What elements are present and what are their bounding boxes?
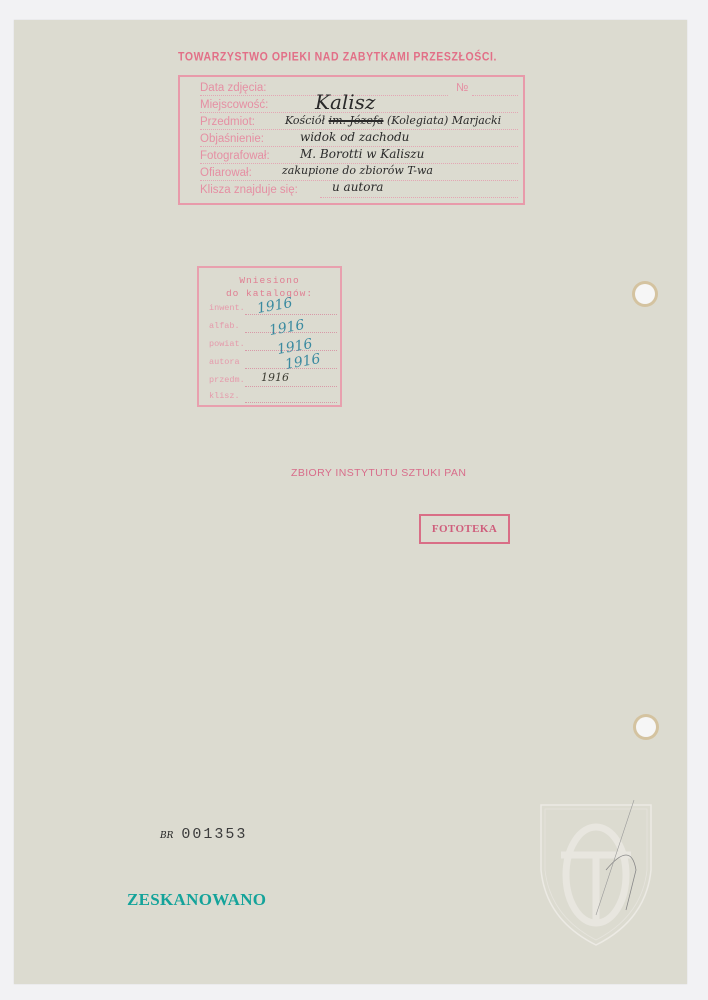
punch-hole-top xyxy=(635,284,655,304)
inventory-prefix: BR xyxy=(160,831,173,841)
photo-record-form: Data zdjęcia: № Miejscowość: Kalisz Prze… xyxy=(178,75,525,205)
catalog-entry-stamp: Wniesiono do katalogów: inwent. alfab. p… xyxy=(197,266,342,407)
subject-value-prefix: Kościół xyxy=(285,114,325,127)
plate-location-label: Klisza znajduje się: xyxy=(200,184,298,196)
fototeka-stamp: FOTOTEKA xyxy=(419,514,510,544)
donor-value: zakupione do zbiorów T-wa xyxy=(282,164,433,177)
description-label: Objaśnienie: xyxy=(200,133,264,145)
subject-value-suffix: (Kolegiata) Marjacki xyxy=(387,114,501,127)
society-emblem-watermark-icon xyxy=(536,800,656,950)
photographer-label: Fotografował: xyxy=(200,150,270,162)
catalog-heading-line1: Wniesiono xyxy=(199,275,340,286)
date-label: Data zdjęcia: xyxy=(200,82,266,94)
place-value: Kalisz xyxy=(315,90,375,114)
catalog-row-plates: klisz. xyxy=(209,391,337,405)
donor-label: Ofiarował: xyxy=(200,167,252,179)
form-row-plate-location: Klisza znajduje się: u autora xyxy=(200,184,518,199)
form-row-place: Miejscowość: Kalisz xyxy=(200,99,518,114)
subject-label: Przedmiot: xyxy=(200,116,255,128)
collection-stamp: ZBIORY INSTYTUTU SZTUKI PAN xyxy=(291,467,466,479)
society-header-stamp: TOWARZYSTWO OPIEKI NAD ZABYTKAMI PRZESZŁ… xyxy=(178,50,538,64)
photographer-value: M. Borotti w Kaliszu xyxy=(300,147,424,161)
number-label: № xyxy=(456,82,468,94)
catalog-heading-line2: do katalogów: xyxy=(199,288,340,299)
inventory-number-value: 001353 xyxy=(181,826,247,843)
form-row-subject: Przedmiot: Kościół im. Józefa (Kolegiata… xyxy=(200,116,518,131)
punch-hole-bottom xyxy=(636,717,656,737)
scanned-stamp: ZESKANOWANO xyxy=(127,890,266,910)
description-value: widok od zachodu xyxy=(300,130,409,144)
form-row-description: Objaśnienie: widok od zachodu xyxy=(200,133,518,148)
subject-struck-text: im. Józefa xyxy=(329,114,384,127)
catalog-value-subject: 1916 xyxy=(261,371,289,384)
plate-location-value: u autora xyxy=(332,180,383,194)
inventory-number: BR001353 xyxy=(160,826,247,843)
form-row-photographer: Fotografował: M. Borotti w Kaliszu xyxy=(200,150,518,165)
place-label: Miejscowość: xyxy=(200,99,268,111)
